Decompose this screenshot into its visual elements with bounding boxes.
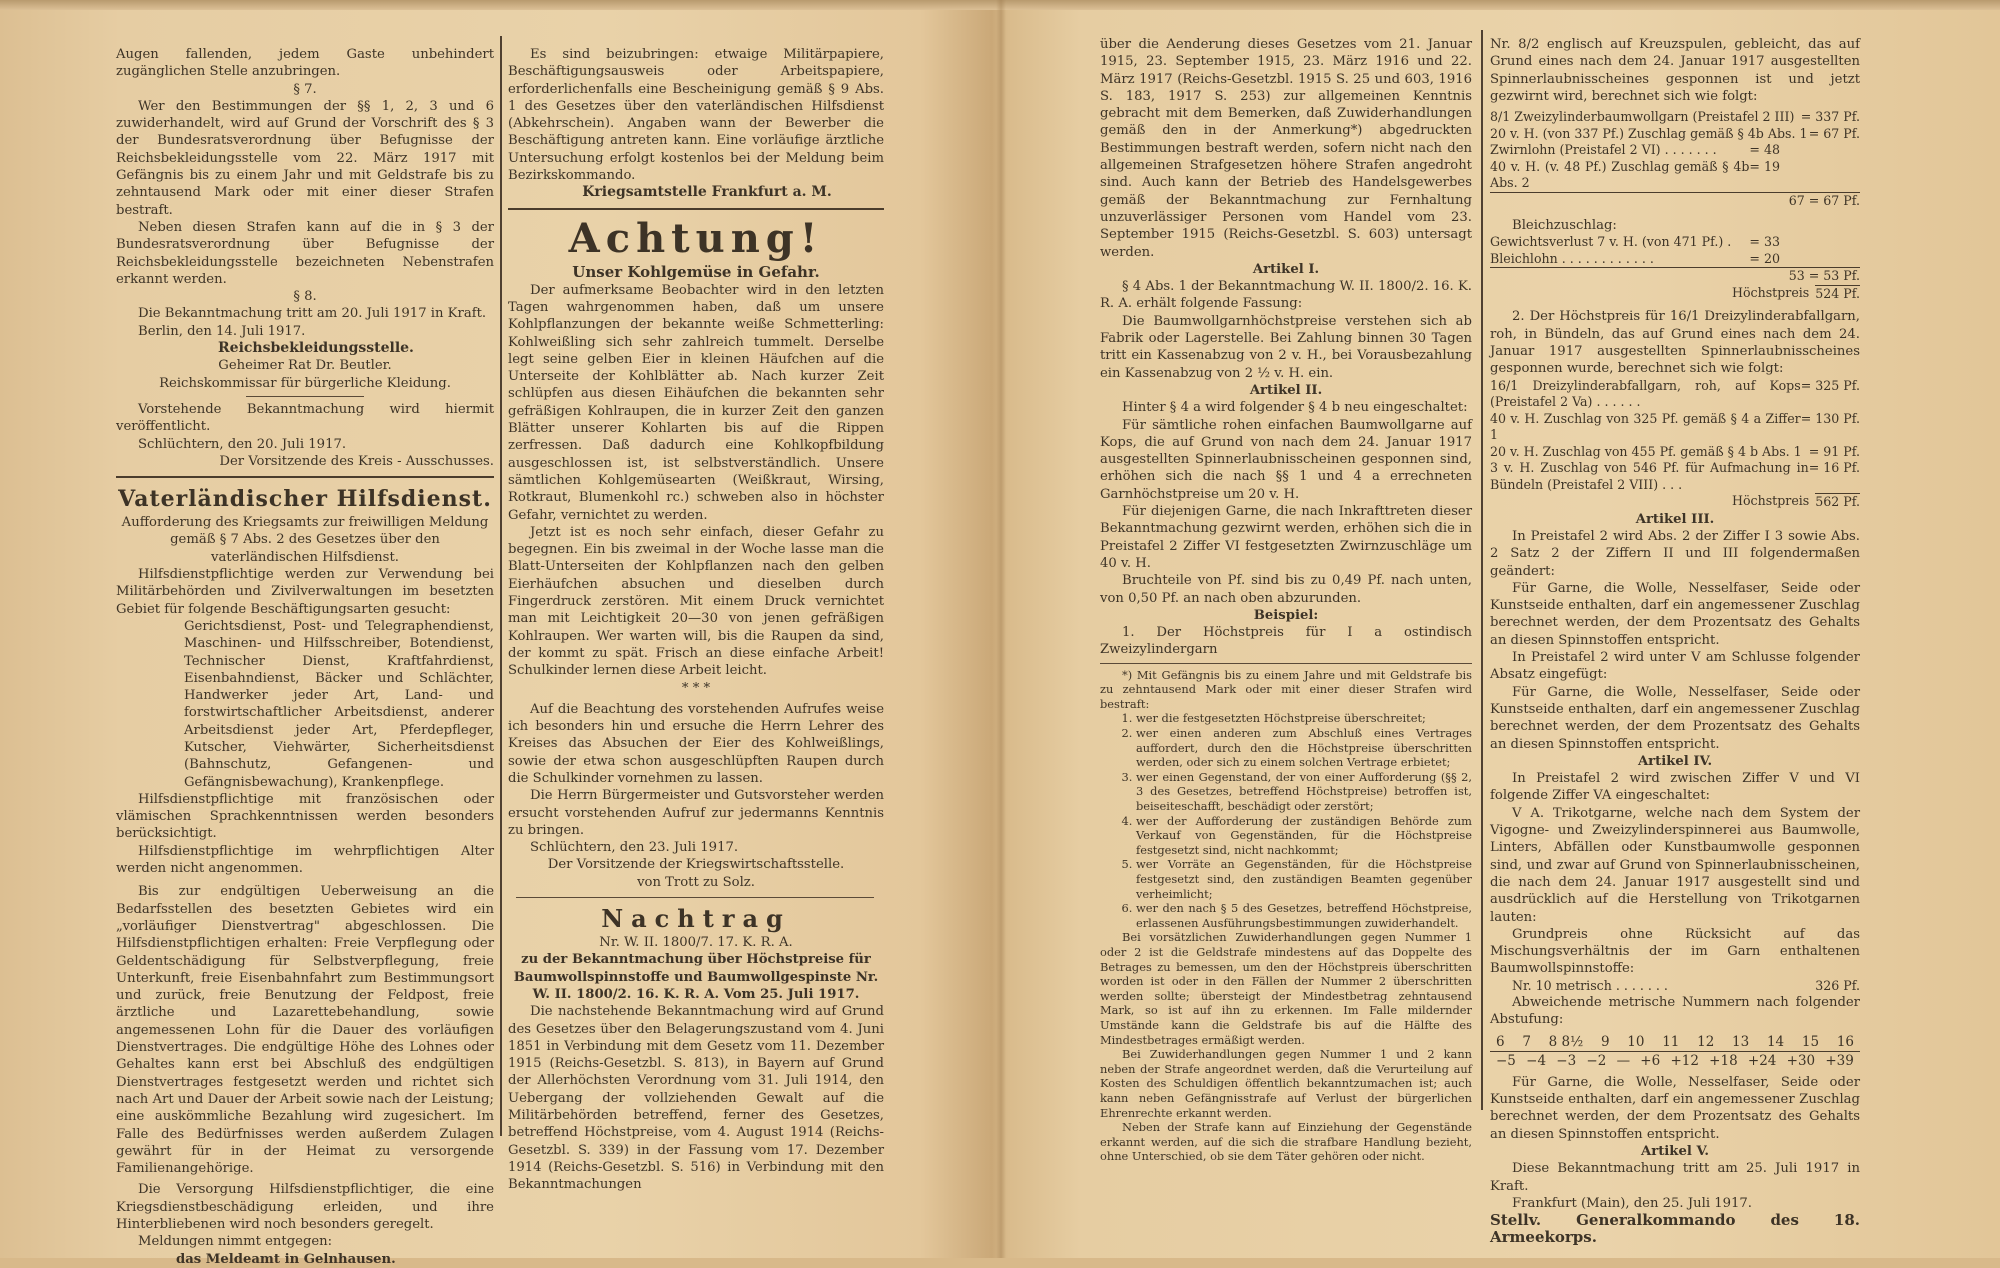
- divider: [516, 897, 874, 898]
- price-calculation-3: 16/1 Dreizylinderabfallgarn, roh, auf Ko…: [1490, 378, 1860, 511]
- calc-row: 3 v. H. Zuschlag von 546 Pf. für Aufmach…: [1490, 460, 1860, 493]
- occupation-list: Gerichtsdienst, Post- und Telegraphendie…: [116, 618, 494, 791]
- separator-stars: * * *: [508, 680, 884, 697]
- paragraph: Hilfsdienstpflichtige werden zur Verwend…: [116, 566, 494, 618]
- dateline: Berlin, den 14. Juli 1917.: [116, 323, 494, 340]
- footnote-paragraph: Bei vorsätzlichen Zuwiderhandlungen gege…: [1100, 930, 1472, 1047]
- section-divider: [116, 476, 494, 478]
- calc-row: 8/1 Zweizylinderbaumwollgarn (Preistafel…: [1490, 109, 1860, 126]
- signature-name: Geheimer Rat Dr. Beutler.: [116, 357, 494, 374]
- penalty-item: wer einen Gegenstand, der von einer Auff…: [1136, 770, 1472, 814]
- paragraph: Die Herrn Bürgermeister und Gutsvorstehe…: [508, 787, 884, 839]
- paragraph: In Preistafel 2 wird unter V am Schlusse…: [1490, 649, 1860, 684]
- paragraph: In Preistafel 2 wird Abs. 2 der Ziffer I…: [1490, 528, 1860, 580]
- column-rule: [1481, 30, 1483, 1110]
- price-calculation-2: Gewichtsverlust 7 v. H. (von 471 Pf.) .=…: [1490, 234, 1860, 302]
- penalty-item: wer den nach § 5 des Gesetzes, betreffen…: [1136, 901, 1472, 930]
- paragraph: Die Bekanntmachung tritt am 20. Juli 191…: [116, 305, 494, 322]
- article-subheading: Aufforderung des Kriegsamts zur freiwill…: [116, 514, 494, 566]
- penalty-item: wer der Aufforderung der zuständigen Beh…: [1136, 814, 1472, 858]
- footnote-intro: *) Mit Gefängnis bis zu einem Jahre und …: [1100, 668, 1472, 712]
- footnote-divider: [1100, 663, 1472, 664]
- dateline: Schlüchtern, den 23. Juli 1917.: [508, 839, 884, 856]
- calc-total: Höchstpreis524 Pf.: [1490, 285, 1860, 303]
- calc-row: 40 v. H. (v. 48 Pf.) Zuschlag gemäß § 4b…: [1490, 159, 1860, 192]
- left-column-2: Es sind beizubringen: etwaige Militärpap…: [508, 46, 884, 1194]
- penalty-item: wer die festgesetzten Höchstpreise übers…: [1136, 711, 1472, 726]
- article-heading: Achtung!: [508, 216, 884, 262]
- calc-row: 40 v. H. Zuschlag von 325 Pf. gemäß § 4 …: [1490, 411, 1860, 444]
- paragraph: Für Garne, die Wolle, Nesselfaser, Seide…: [1490, 684, 1860, 753]
- article-heading: Vaterländischer Hilfsdienst.: [116, 484, 494, 514]
- table-row-numbers: 678 8½910111213141516: [1490, 1033, 1860, 1051]
- paragraph: Jetzt ist es noch sehr einfach, dieser G…: [508, 524, 884, 680]
- right-column-2: Nr. 8/2 englisch auf Kreuzspulen, geblei…: [1490, 36, 1860, 1247]
- paragraph: Für Garne, die Wolle, Nesselfaser, Seide…: [1490, 580, 1860, 649]
- example-heading: Beispiel:: [1100, 607, 1472, 624]
- signature-authority: Stellv. Generalkommando des 18. Armeekor…: [1490, 1212, 1860, 1247]
- paragraph: Diese Bekanntmachung tritt am 25. Juli 1…: [1490, 1160, 1860, 1195]
- right-column-1: über die Aenderung dieses Gesetzes vom 2…: [1100, 36, 1472, 1164]
- article-number: Artikel I.: [1100, 261, 1472, 278]
- divider: [246, 396, 364, 397]
- column-rule: [500, 36, 502, 1136]
- paragraph: Hinter § 4 a wird folgender § 4 b neu ei…: [1100, 399, 1472, 416]
- reference-number: Nr. W. II. 1800/7. 17. K. R. A.: [508, 934, 884, 951]
- paragraph: Hilfsdienstpflichtige im wehrpflichtigen…: [116, 843, 494, 878]
- section-divider: [508, 208, 884, 210]
- article-number: Artikel III.: [1490, 511, 1860, 528]
- paragraph: Meldungen nimmt entgegen:: [116, 1233, 494, 1250]
- gradation-table: 678 8½910111213141516 −5−4−3−2—+6+12+18+…: [1490, 1033, 1860, 1070]
- table-row-adjustments: −5−4−3−2—+6+12+18+24+30+39: [1490, 1051, 1860, 1070]
- article-subheading: Unser Kohlgemüse in Gefahr.: [508, 262, 884, 282]
- calc-row: 20 v. H. (von 337 Pf.) Zuschlag gemäß § …: [1490, 126, 1860, 143]
- paragraph: V A. Trikotgarne, welche nach dem System…: [1490, 805, 1860, 926]
- penalty-item: wer Vorräte an Gegenständen, für die Höc…: [1136, 857, 1472, 901]
- calc-total: Höchstpreis562 Pf.: [1490, 493, 1860, 511]
- signature-authority: Kriegsamtstelle Frankfurt a. M.: [508, 184, 884, 201]
- calc-row: 20 v. H. Zuschlag von 455 Pf. gemäß § 4 …: [1490, 444, 1860, 461]
- paragraph: Für diejenigen Garne, die nach Inkrafttr…: [1100, 503, 1472, 572]
- subheading: Bleichzuschlag:: [1490, 217, 1860, 234]
- paragraph: Augen fallenden, jedem Gaste unbehindert…: [116, 46, 494, 81]
- article-number: Artikel IV.: [1490, 753, 1860, 770]
- paragraph: Bruchteile von Pf. sind bis zu 0,49 Pf. …: [1100, 572, 1472, 607]
- paragraph: Vorstehende Bekanntmachung wird hiermit …: [116, 401, 494, 436]
- footnote-paragraph: Neben der Strafe kann auf Einziehung der…: [1100, 1120, 1472, 1164]
- calc-row: Gewichtsverlust 7 v. H. (von 471 Pf.) .=…: [1490, 234, 1860, 251]
- article-heading: Nachtrag: [508, 904, 884, 934]
- signature-authority: Reichsbekleidungsstelle.: [116, 340, 494, 357]
- article-number: Artikel II.: [1100, 382, 1472, 399]
- paragraph: Abweichende metrische Nummern nach folge…: [1490, 994, 1860, 1029]
- contact-office: das Meldeamt in Gelnhausen.: [116, 1251, 494, 1258]
- paragraph: Grundpreis ohne Rücksicht auf das Mischu…: [1490, 926, 1860, 978]
- paragraph: Hilfsdienstpflichtige mit französischen …: [116, 791, 494, 843]
- calc-row: Bleichlohn . . . . . . . . . . . .= 20: [1490, 251, 1860, 268]
- section-number: § 8.: [116, 288, 494, 305]
- article-number: Artikel V.: [1490, 1143, 1860, 1160]
- paragraph: Wer den Bestimmungen der §§ 1, 2, 3 und …: [116, 98, 494, 219]
- paragraph: Die nachstehende Bekanntmachung wird auf…: [508, 1003, 884, 1193]
- price-calculation-1: 8/1 Zweizylinderbaumwollgarn (Preistafel…: [1490, 109, 1860, 209]
- section-number: § 7.: [116, 81, 494, 98]
- calc-row: 16/1 Dreizylinderabfallgarn, roh, auf Ko…: [1490, 378, 1860, 411]
- calc-subtotal: 67 = 67 Pf.: [1490, 192, 1860, 210]
- footnote: *) Mit Gefängnis bis zu einem Jahre und …: [1100, 668, 1472, 1164]
- paragraph: Bis zur endgültigen Ueberweisung an die …: [116, 883, 494, 1177]
- signature-title: Reichskommissar für bürgerliche Kleidung…: [116, 375, 494, 392]
- signature-name: von Trott zu Solz.: [508, 874, 884, 891]
- dateline: Frankfurt (Main), den 25. Juli 1917.: [1490, 1195, 1860, 1212]
- paragraph: über die Aenderung dieses Gesetzes vom 2…: [1100, 36, 1472, 261]
- calc-row: Zwirnlohn (Preistafel 2 VI) . . . . . . …: [1490, 142, 1860, 159]
- paragraph: Neben diesen Strafen kann auf die in § 3…: [116, 219, 494, 288]
- footnote-paragraph: Bei Zuwiderhandlungen gegen Nummer 1 und…: [1100, 1047, 1472, 1120]
- paragraph: Auf die Beachtung des vorstehenden Aufru…: [508, 701, 884, 787]
- base-price-row: Nr. 10 metrisch . . . . . . .326 Pf.: [1490, 978, 1860, 995]
- paragraph: Die Versorgung Hilfsdienstpflichtiger, d…: [116, 1181, 494, 1233]
- paragraph: § 4 Abs. 1 der Bekanntmachung W. II. 180…: [1100, 278, 1472, 313]
- dateline: Schlüchtern, den 20. Juli 1917.: [116, 436, 494, 453]
- center-fold: [996, 0, 1006, 1258]
- penalty-list: wer die festgesetzten Höchstpreise übers…: [1100, 711, 1472, 930]
- signature: Der Vorsitzende des Kreis - Ausschusses.: [116, 453, 494, 470]
- article-subheading: zu der Bekanntmachung über Höchstpreise …: [508, 951, 884, 1003]
- signature-title: Der Vorsitzende der Kriegswirtschaftsste…: [508, 856, 884, 873]
- paragraph: Es sind beizubringen: etwaige Militärpap…: [508, 46, 884, 184]
- paragraph: 1. Der Höchstpreis für I a ostindisch Zw…: [1100, 624, 1472, 659]
- paragraph: 2. Der Höchstpreis für 16/1 Dreizylinder…: [1490, 308, 1860, 377]
- penalty-item: wer einen anderen zum Abschluß eines Ver…: [1136, 726, 1472, 770]
- left-column-1: Augen fallenden, jedem Gaste unbehindert…: [116, 46, 494, 1258]
- paragraph: Nr. 8/2 englisch auf Kreuzspulen, geblei…: [1490, 36, 1860, 105]
- paragraph: Für sämtliche rohen einfachen Baumwollga…: [1100, 417, 1472, 503]
- paragraph: Die Baumwollgarnhöchstpreise verstehen s…: [1100, 313, 1472, 382]
- newspaper-spread: Augen fallenden, jedem Gaste unbehindert…: [0, 0, 2000, 1258]
- paragraph: Der aufmerksame Beobachter wird in den l…: [508, 282, 884, 524]
- paragraph: Für Garne, die Wolle, Nesselfaser, Seide…: [1490, 1074, 1860, 1143]
- paragraph: In Preistafel 2 wird zwischen Ziffer V u…: [1490, 770, 1860, 805]
- calc-subtotal: 53 = 53 Pf.: [1490, 267, 1860, 285]
